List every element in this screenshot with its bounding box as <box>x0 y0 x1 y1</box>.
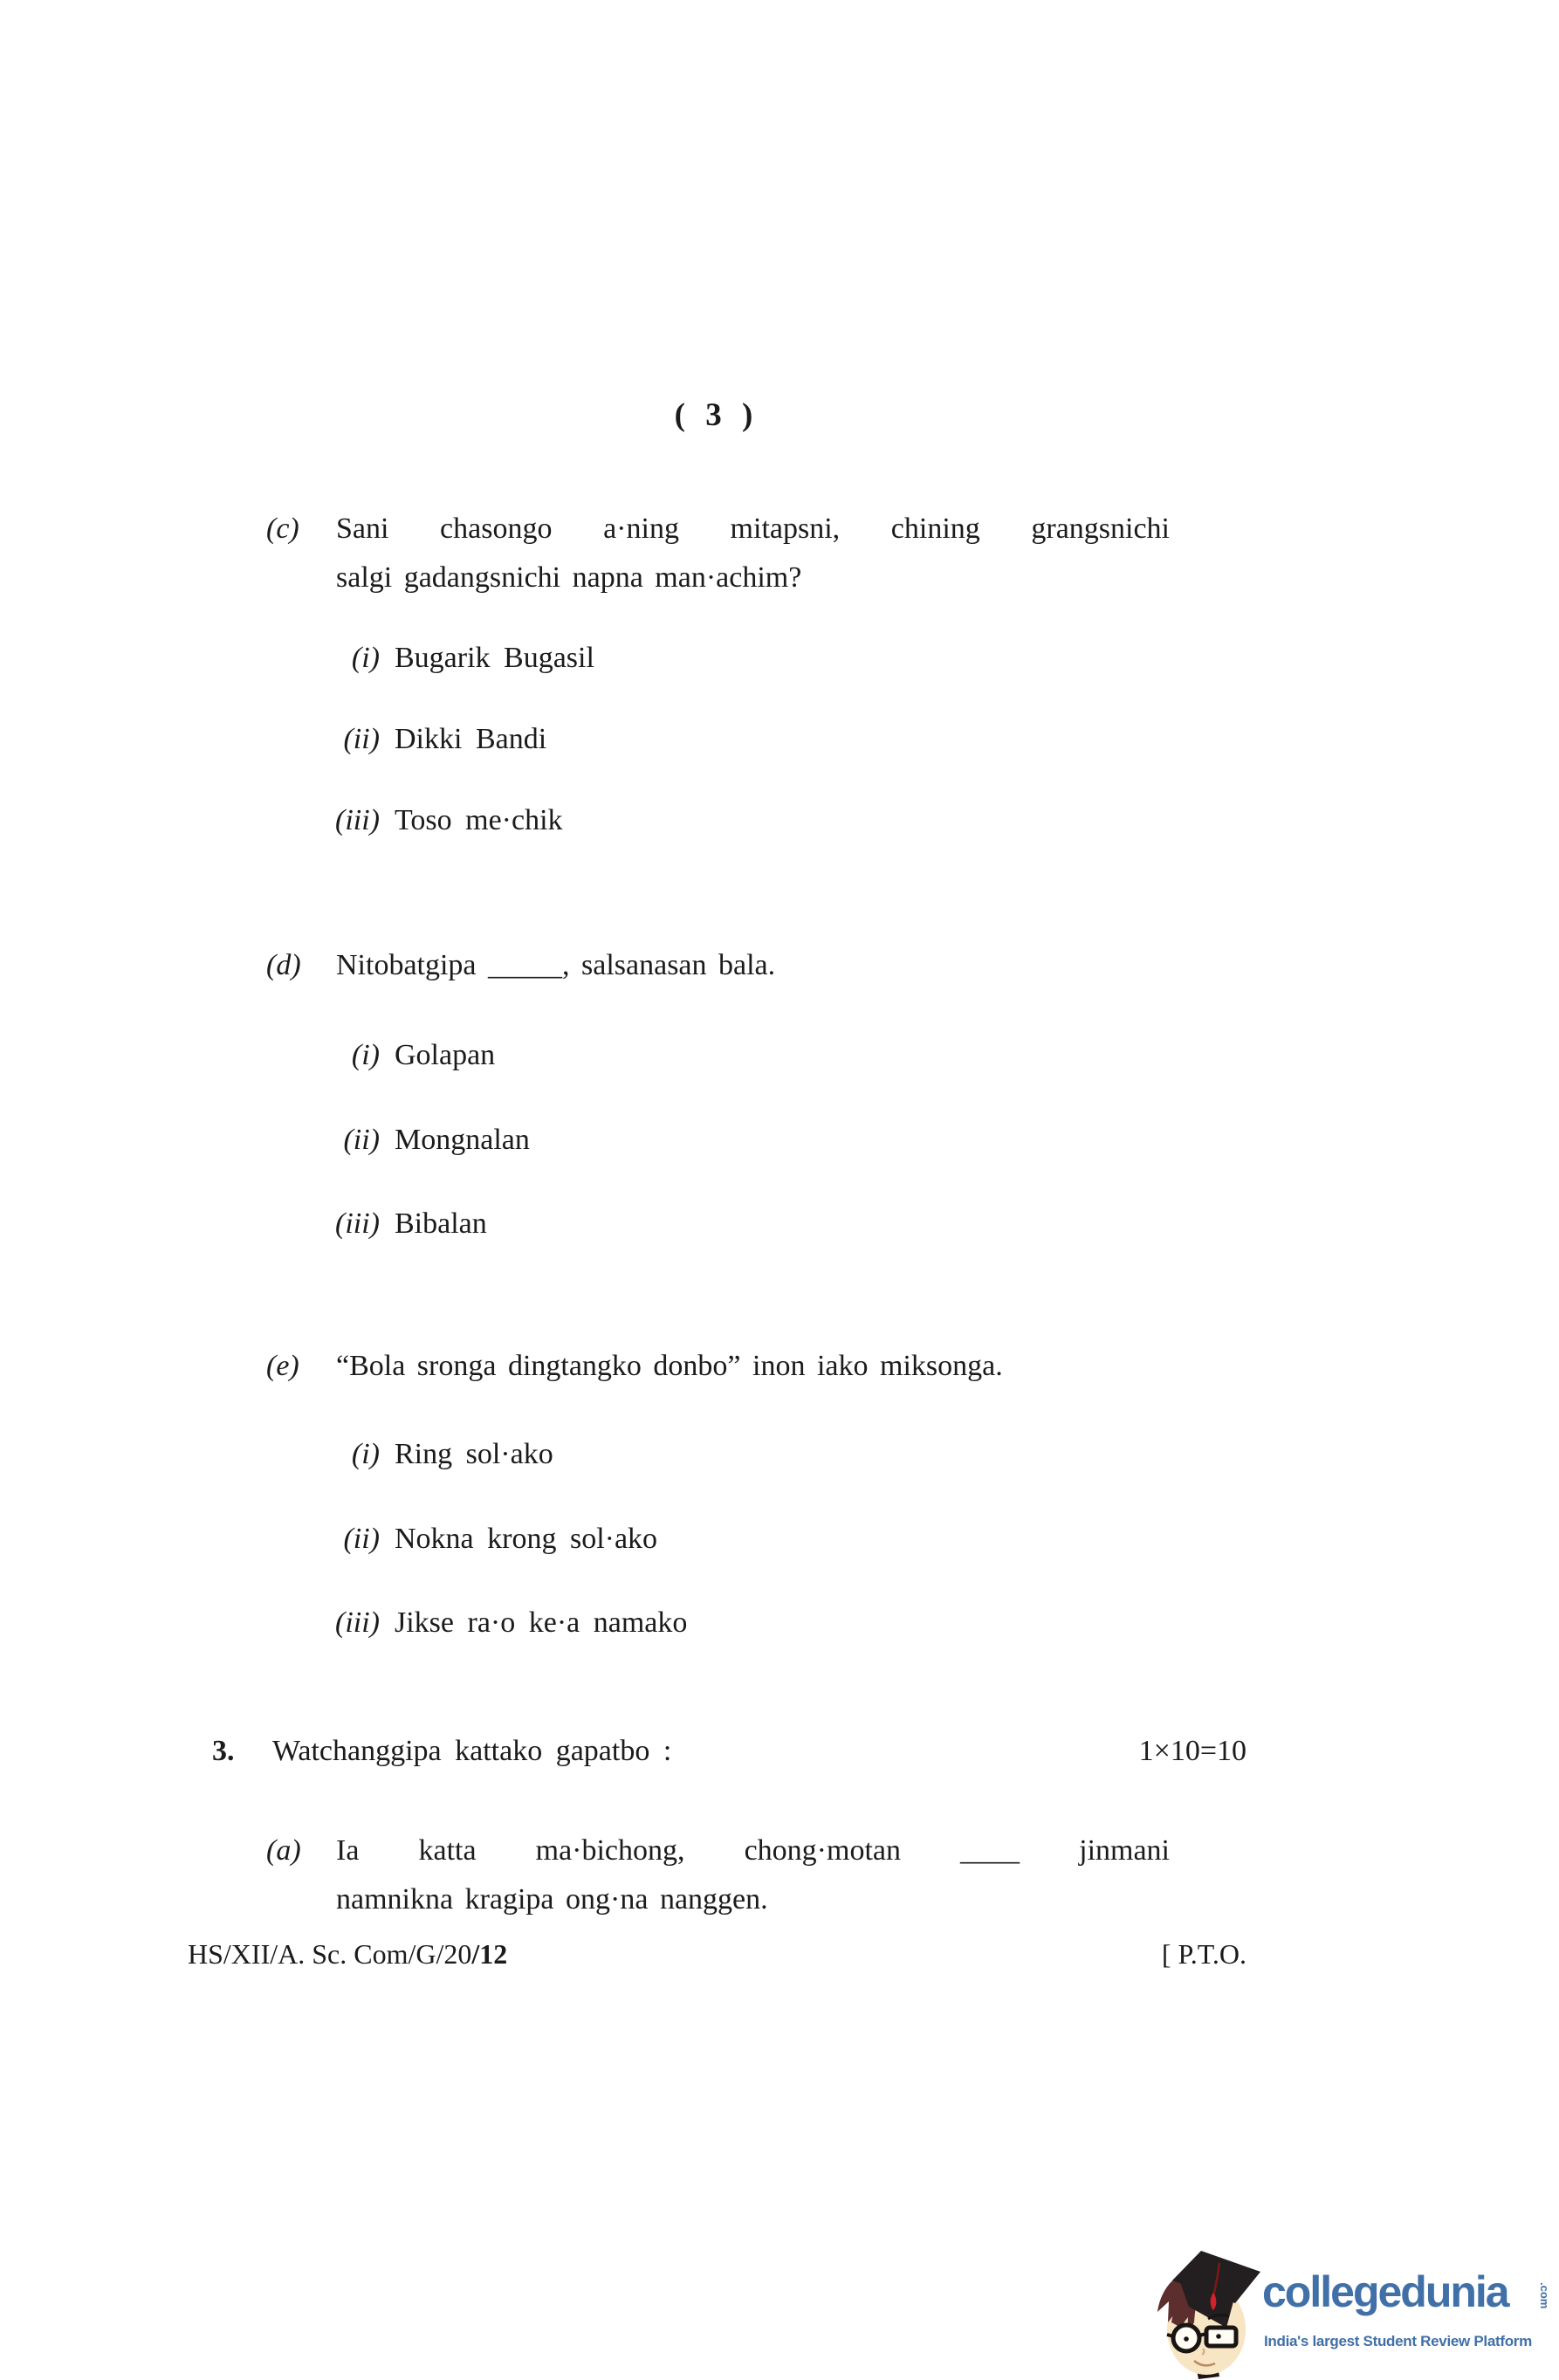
option-c-iii-marker: (iii) <box>266 796 380 845</box>
question-c-line-2: salgi gadangsnichi napna man·achim? <box>336 554 1170 602</box>
exam-page: ( 3 ) (c) Sani chasongo a·ning mitapsni,… <box>0 0 1559 2380</box>
option-d-iii: (iii)Bibalan <box>266 1200 1170 1248</box>
option-d-ii: (ii)Mongnalan <box>266 1116 1170 1165</box>
collegedunia-tld-text: .com <box>1538 2282 1551 2308</box>
question-3a-line-2: namnikna kragipa ong·na nanggen. <box>336 1875 1170 1924</box>
pto-note: [ P.T.O. <box>1162 1933 1247 1975</box>
collegedunia-mascot <box>1150 2246 1266 2380</box>
option-e-iii-marker: (iii) <box>266 1599 380 1647</box>
option-e-ii: (ii)Nokna krong sol·ako <box>266 1515 1170 1564</box>
option-d-iii-marker: (iii) <box>266 1200 380 1248</box>
question-e-marker: (e) <box>266 1342 299 1391</box>
question-3-marks: 1×10=10 <box>1139 1727 1247 1776</box>
question-3-heading: 3. Watchanggipa kattako gapatbo : 1×10=1… <box>212 1727 1247 1776</box>
option-d-ii-marker: (ii) <box>266 1116 380 1165</box>
question-c: (c) Sani chasongo a·ning mitapsni, chini… <box>266 505 1170 602</box>
question-3a: (a) Ia katta ma·bichong, chong·motan ___… <box>266 1826 1170 1924</box>
option-e-iii-text: Jikse ra·o ke·a namako <box>395 1606 687 1639</box>
question-3a-line-1: Ia katta ma·bichong, chong·motan ____ ji… <box>336 1826 1170 1875</box>
option-d-i-marker: (i) <box>266 1031 380 1080</box>
option-e-i-text: Ring sol·ako <box>395 1438 553 1470</box>
option-c-ii: (ii)Dikki Bandi <box>266 715 1170 764</box>
option-c-i-text: Bugarik Bugasil <box>395 642 594 674</box>
collegedunia-logo: collegedunia .com India's largest Studen… <box>1150 2246 1559 2380</box>
page-number: ( 3 ) <box>644 396 784 435</box>
question-d-marker: (d) <box>266 941 301 990</box>
question-c-line-1: Sani chasongo a·ning mitapsni, chining g… <box>336 505 1170 554</box>
paper-code: HS/XII/A. Sc. Com/G/20/12 <box>188 1933 507 1975</box>
question-3-text: Watchanggipa kattako gapatbo : <box>272 1727 671 1776</box>
option-e-ii-marker: (ii) <box>266 1515 380 1564</box>
option-e-i-marker: (i) <box>266 1430 380 1479</box>
option-c-iii: (iii)Toso me·chik <box>266 796 1170 845</box>
collegedunia-tagline: India's largest Student Review Platform <box>1264 2333 1559 2350</box>
question-e-line-1: “Bola sronga dingtangko donbo” inon iako… <box>336 1342 1170 1391</box>
option-e-iii: (iii)Jikse ra·o ke·a namako <box>266 1599 1170 1647</box>
option-d-i: (i)Golapan <box>266 1031 1170 1080</box>
question-3a-marker: (a) <box>266 1826 301 1875</box>
option-d-ii-text: Mongnalan <box>395 1124 530 1156</box>
option-c-ii-marker: (ii) <box>266 715 380 764</box>
option-d-i-text: Golapan <box>395 1039 495 1071</box>
question-e: (e) “Bola sronga dingtangko donbo” inon … <box>266 1342 1170 1391</box>
collegedunia-brand-text: collegedunia <box>1262 2270 1508 2314</box>
option-c-ii-text: Dikki Bandi <box>395 723 546 755</box>
question-3-number: 3. <box>212 1735 235 1767</box>
question-d: (d) Nitobatgipa _____, salsanasan bala. <box>266 941 1170 990</box>
option-c-iii-text: Toso me·chik <box>395 804 563 836</box>
page-footer: HS/XII/A. Sc. Com/G/20/12 [ P.T.O. <box>188 1933 1247 1975</box>
option-c-i: (i)Bugarik Bugasil <box>266 634 1170 683</box>
question-c-marker: (c) <box>266 505 299 554</box>
option-c-i-marker: (i) <box>266 634 380 683</box>
option-d-iii-text: Bibalan <box>395 1207 487 1240</box>
question-d-line-1: Nitobatgipa _____, salsanasan bala. <box>336 941 1170 990</box>
option-e-ii-text: Nokna krong sol·ako <box>395 1523 657 1555</box>
option-e-i: (i)Ring sol·ako <box>266 1430 1170 1479</box>
